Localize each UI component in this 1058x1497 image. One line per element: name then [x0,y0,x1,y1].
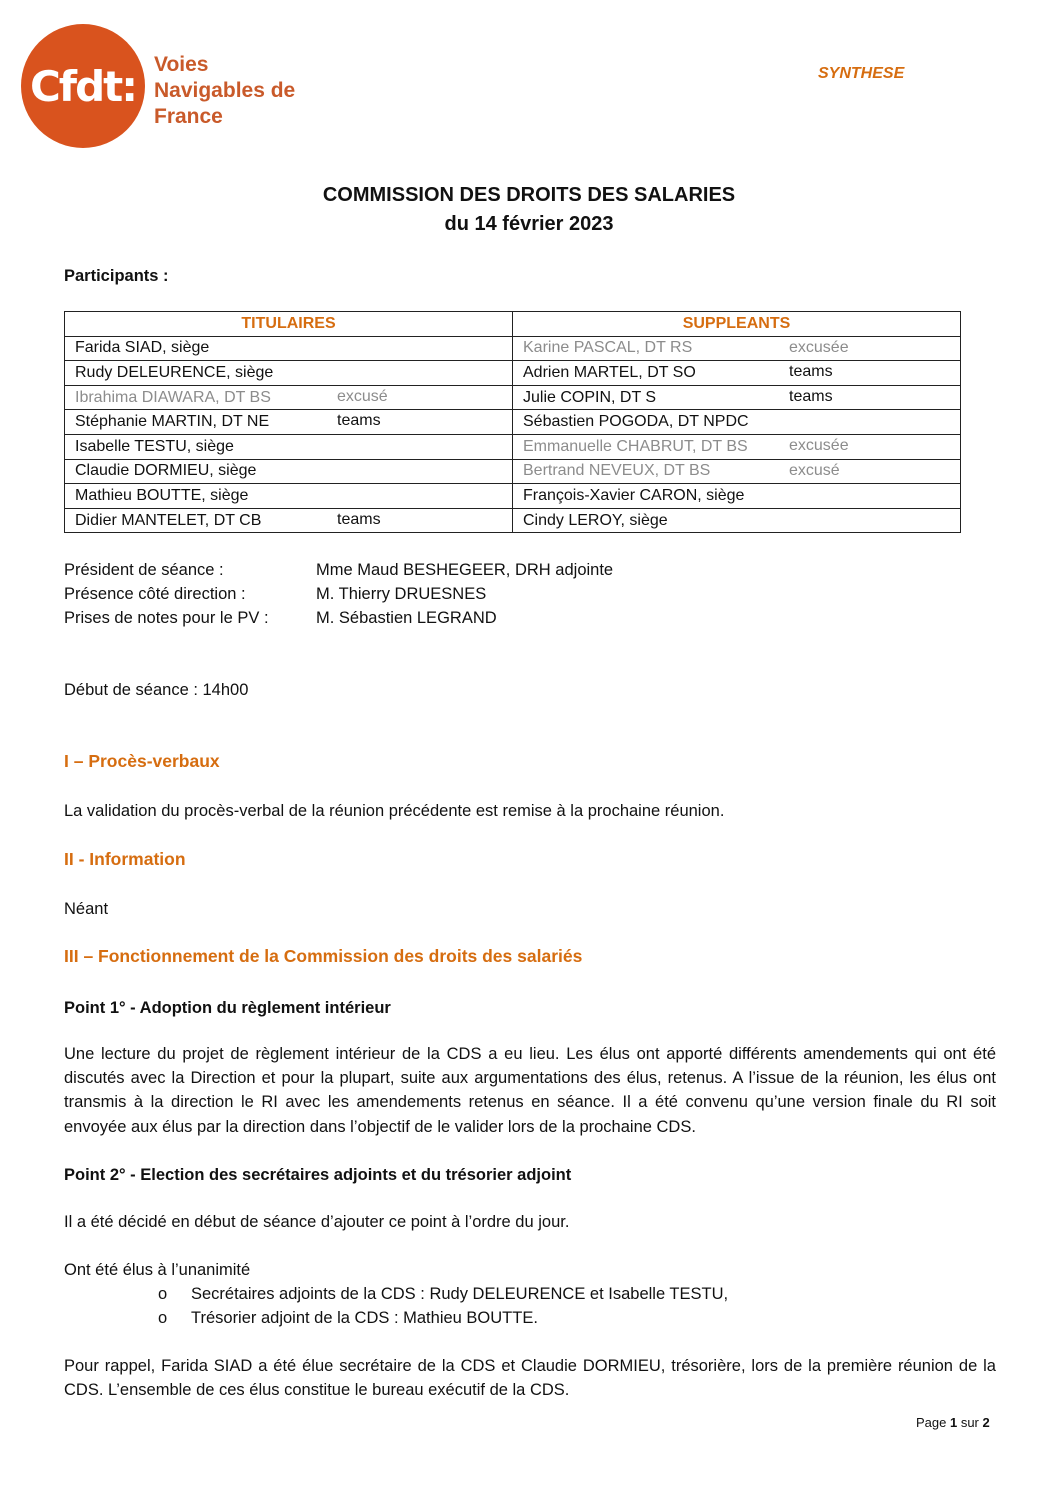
bullet-circle-icon: o [158,1282,191,1306]
attendance-note: excusée [789,339,849,357]
point-2-elected-intro: Ont été élus à l’unanimité [64,1258,996,1282]
titulaire-cell: Claudie DORMIEU, siège [65,459,513,484]
participant-name: Claudie DORMIEU, siège [75,462,256,480]
suppleant-cell: Sébastien POGODA, DT NPDC [513,410,961,435]
participant-name: Didier MANTELET, DT CB [75,512,261,530]
suppleant-cell: Julie COPIN, DT Steams [513,385,961,410]
page-number: Page 1 sur 2 [916,1415,990,1430]
attendance-note: excusé [337,388,388,406]
start-time: Début de séance : 14h00 [64,678,248,702]
participants-table: TITULAIRES SUPPLEANTS Farida SIAD, siège… [64,311,961,533]
attendance-note: excusée [789,437,849,455]
suppleant-cell: Karine PASCAL, DT RSexcusée [513,336,961,361]
titulaire-cell: Stéphanie MARTIN, DT NEteams [65,410,513,435]
suppleant-cell: Adrien MARTEL, DT SOteams [513,361,961,386]
section-3-title: III – Fonctionnement de la Commission de… [64,946,582,967]
list-item-text: Trésorier adjoint de la CDS : Mathieu BO… [191,1309,538,1327]
logo-org-name: Voies Navigables de France [154,52,295,130]
participant-name: Rudy DELEURENCE, siège [75,364,273,382]
table-body: Farida SIAD, siègeKarine PASCAL, DT RSex… [65,336,961,533]
point-1-title: Point 1° - Adoption du règlement intérie… [64,996,391,1020]
section-1-title: I – Procès-verbaux [64,751,220,772]
attendance-note: teams [789,388,833,406]
page-total: 2 [983,1415,990,1430]
title-line-1: COMMISSION DES DROITS DES SALARIES [0,181,1058,210]
section-1-text: La validation du procès-verbal de la réu… [64,799,996,823]
info-value: M. Sébastien LEGRAND [316,609,497,627]
table-row: Farida SIAD, siègeKarine PASCAL, DT RSex… [65,336,961,361]
section-2-text: Néant [64,897,996,921]
participant-name: Karine PASCAL, DT RS [523,339,692,357]
page-sep: sur [957,1415,982,1430]
list-item: oTrésorier adjoint de la CDS : Mathieu B… [158,1306,538,1330]
info-value: M. Thierry DRUESNES [316,585,486,603]
titulaire-cell: Didier MANTELET, DT CBteams [65,508,513,533]
table-row: Stéphanie MARTIN, DT NEteamsSébastien PO… [65,410,961,435]
table-header-row: TITULAIRES SUPPLEANTS [65,312,961,337]
attendance-note: excusé [789,462,840,480]
point-2-title: Point 2° - Election des secrétaires adjo… [64,1163,571,1187]
table-row: Ibrahima DIAWARA, DT BSexcuséJulie COPIN… [65,385,961,410]
info-row-direction: Présence côté direction :M. Thierry DRUE… [64,582,486,606]
recall-text: Pour rappel, Farida SIAD a été élue secr… [64,1354,996,1402]
suppleant-cell: François-Xavier CARON, siège [513,484,961,509]
suppleant-cell: Emmanuelle CHABRUT, DT BSexcusée [513,434,961,459]
table-row: Didier MANTELET, DT CBteamsCindy LEROY, … [65,508,961,533]
document-title: COMMISSION DES DROITS DES SALARIES du 14… [0,181,1058,239]
list-item: oSecrétaires adjoints de la CDS : Rudy D… [158,1282,728,1306]
participant-name: Julie COPIN, DT S [523,389,656,407]
attendance-note: teams [337,511,381,529]
list-item-text: Secrétaires adjoints de la CDS : Rudy DE… [191,1285,728,1303]
info-label: Président de séance : [64,558,316,582]
document-type-label: SYNTHESE [818,65,904,83]
participants-label: Participants : [64,264,169,288]
titulaire-cell: Ibrahima DIAWARA, DT BSexcusé [65,385,513,410]
info-label: Présence côté direction : [64,582,316,606]
header-titulaires: TITULAIRES [65,312,513,337]
participant-name: Emmanuelle CHABRUT, DT BS [523,438,748,456]
participant-name: Mathieu BOUTTE, siège [75,487,248,505]
titulaire-cell: Isabelle TESTU, siège [65,434,513,459]
logo-mark: Cfdt: [30,62,136,111]
participant-name: François-Xavier CARON, siège [523,487,744,505]
titulaire-cell: Mathieu BOUTTE, siège [65,484,513,509]
participant-name: Adrien MARTEL, DT SO [523,364,696,382]
page-prefix: Page [916,1415,950,1430]
table-row: Claudie DORMIEU, siègeBertrand NEVEUX, D… [65,459,961,484]
cfdt-logo: Cfdt: [21,24,145,148]
participant-name: Isabelle TESTU, siège [75,438,234,456]
suppleant-cell: Cindy LEROY, siège [513,508,961,533]
info-label: Prises de notes pour le PV : [64,606,316,630]
logo-line: France [154,104,295,130]
suppleant-cell: Bertrand NEVEUX, DT BSexcusé [513,459,961,484]
table-row: Rudy DELEURENCE, siègeAdrien MARTEL, DT … [65,361,961,386]
table-row: Mathieu BOUTTE, siègeFrançois-Xavier CAR… [65,484,961,509]
section-2-title: II - Information [64,849,186,870]
info-value: Mme Maud BESHEGEER, DRH adjointe [316,561,613,579]
point-1-text: Une lecture du projet de règlement intér… [64,1042,996,1139]
info-row-notes: Prises de notes pour le PV :M. Sébastien… [64,606,497,630]
title-line-2: du 14 février 2023 [0,210,1058,239]
participant-name: Bertrand NEVEUX, DT BS [523,462,710,480]
table-row: Isabelle TESTU, siègeEmmanuelle CHABRUT,… [65,434,961,459]
participant-name: Sébastien POGODA, DT NPDC [523,413,749,431]
titulaire-cell: Farida SIAD, siège [65,336,513,361]
attendance-note: teams [337,412,381,430]
info-row-president: Président de séance :Mme Maud BESHEGEER,… [64,558,613,582]
logo-line: Voies [154,52,295,78]
header-suppleants: SUPPLEANTS [513,312,961,337]
bullet-circle-icon: o [158,1306,191,1330]
participant-name: Stéphanie MARTIN, DT NE [75,413,269,431]
participant-name: Farida SIAD, siège [75,339,209,357]
participant-name: Ibrahima DIAWARA, DT BS [75,389,271,407]
participant-name: Cindy LEROY, siège [523,512,668,530]
titulaire-cell: Rudy DELEURENCE, siège [65,361,513,386]
logo-line: Navigables de [154,78,295,104]
point-2-text: Il a été décidé en début de séance d’ajo… [64,1210,996,1234]
attendance-note: teams [789,363,833,381]
